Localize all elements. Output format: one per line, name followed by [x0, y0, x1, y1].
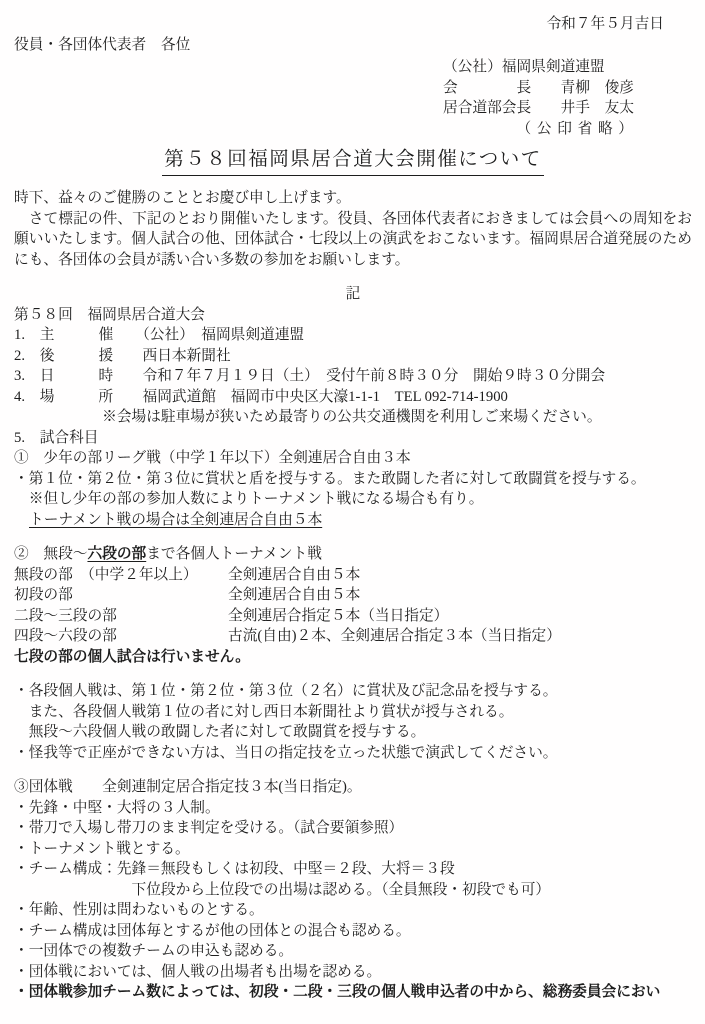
section3-bullet-taito: ・帯刀で入場し帯刀のまま判定を受ける。（試合要領参照）	[14, 818, 692, 839]
recipient-line: 役員・各団体代表者 各位	[14, 35, 692, 56]
seal-omitted-note: （ 公 印 省 略 ）	[443, 119, 634, 140]
section3-bullet-multiple-teams: ・一団体での複数チームの申込も認める。	[14, 941, 692, 962]
table-row: 四段～六段の部 古流(自由)２本、全剣連居合指定３本（当日指定）	[14, 626, 692, 647]
no-dan7-notice: 七段の部の個人試合は行いません。	[14, 647, 692, 668]
section3-bullet-three-members: ・先鋒・中堅・大将の３人制。	[14, 798, 692, 819]
row-label: 四段～六段の部	[14, 626, 228, 647]
sender-iaido-chief: 居合道部会長 井手 友太	[443, 98, 634, 119]
section2-heading: ② 無段～六段の部まで各個人トーナメント戦	[14, 544, 692, 565]
document-title: 第５８回福岡県居合道大会開催について	[162, 147, 544, 176]
outline-items: 1. 主 催 （公社） 福岡県剣道連盟 2. 後 援 西日本新聞社 3. 日 時…	[14, 325, 692, 448]
intro-paragraph: さて標記の件、下記のとおり開催いたします。役員、各団体代表者におきましては会員へ…	[14, 209, 692, 271]
section-3-team: ③団体戦 全剣連制定居合指定技３本(当日指定)。 ・先鋒・中堅・大将の３人制。 …	[14, 777, 692, 1003]
spacer	[14, 667, 692, 681]
dan-division-table: 無段の部 （中学２年以上） 全剣連居合自由５本 初段の部 全剣連居合自由５本 二…	[14, 565, 692, 647]
section2-heading-pre: ② 無段～	[14, 546, 87, 562]
spacer	[14, 530, 692, 544]
section-2-individual: ② 無段～六段の部まで各個人トーナメント戦 無段の部 （中学２年以上） 全剣連居…	[14, 544, 692, 763]
section1-bullet-prizes: ・第１位・第２位・第３位に賞状と盾を授与する。また敢闘した者に対して敢闘賞を授与…	[14, 469, 692, 490]
row-value: 全剣連居合指定５本（当日指定）	[228, 606, 692, 627]
section3-bullet-age-gender: ・年齢、性別は問わないものとする。	[14, 900, 692, 921]
spacer	[14, 763, 692, 777]
event-name: 第５８回 福岡県居合道大会	[14, 305, 692, 326]
item-match-subjects: 5. 試合科目	[14, 428, 692, 449]
item-organizer: 1. 主 催 （公社） 福岡県剣道連盟	[14, 325, 692, 346]
section2-heading-post: まで各個人トーナメント戦	[146, 546, 322, 562]
section3-bullet-individual-entrants: ・団体戦においては、個人戦の出場者も出場を認める。	[14, 962, 692, 983]
item-datetime: 3. 日 時 令和７年７月１９日（土） 受付午前８時３０分 開始９時３０分開会	[14, 366, 692, 387]
section2-bullet-prizes: ・各段個人戦は、第１位・第２位・第３位（２名）に賞状及び記念品を授与する。	[14, 681, 692, 702]
section1-tournament-rule: トーナメント戦の場合は全剣連居合自由５本	[14, 510, 692, 531]
section2-heading-emphasis: 六段の部	[87, 546, 146, 562]
item-venue: 4. 場 所 福岡武道館 福岡市中央区大濠1-1-1 TEL 092-714-1…	[14, 387, 692, 408]
section1-note: ※但し少年の部の参加人数によりトーナメント戦になる場合も有り。	[14, 489, 692, 510]
section3-bullet-team-composition-cont: 下位段から上位段での出場は認める。（全員無段・初段でも可）	[14, 880, 692, 901]
section3-heading: ③団体戦 全剣連制定居合指定技３本(当日指定)。	[14, 777, 692, 798]
section3-bullet-team-composition: ・チーム構成：先鋒＝無段もしくは初段、中堅＝２段、大将＝３段	[14, 859, 692, 880]
section2-bullet-injury: ・怪我等で正座ができない方は、当日の指定技を立った状態で演武してください。	[14, 743, 692, 764]
section2-bullet-fighting-spirit: 無段～六段個人戦の敢闘した者に対して敢闘賞を授与する。	[14, 722, 692, 743]
sender-president: 会 長 青柳 俊彦	[443, 78, 634, 99]
venue-note: ※会場は駐車場が狭いため最寄りの公共交通機関を利用しご来場ください。	[14, 407, 692, 428]
tournament-rule-underlined: トーナメント戦の場合は全剣連居合自由５本	[29, 512, 322, 528]
section3-final-notice: ・団体戦参加チーム数によっては、初段・二段・三段の個人戦申込者の中から、総務委員…	[14, 982, 692, 1003]
sender-block: （公社）福岡県剣道連盟 会 長 青柳 俊彦 居合道部会長 井手 友太 （ 公 印…	[443, 57, 634, 139]
row-value: 古流(自由)２本、全剣連居合指定３本（当日指定）	[228, 626, 692, 647]
row-label: 無段の部 （中学２年以上）	[14, 565, 228, 586]
row-label: 二段～三段の部	[14, 606, 228, 627]
table-row: 初段の部 全剣連居合自由５本	[14, 585, 692, 606]
sender-org: （公社）福岡県剣道連盟	[443, 57, 634, 78]
table-row: 無段の部 （中学２年以上） 全剣連居合自由５本	[14, 565, 692, 586]
item-supporter: 2. 後 援 西日本新聞社	[14, 346, 692, 367]
section2-bullet-newspaper: また、各段個人戦第１位の者に対し西日本新聞社より賞状が授与される。	[14, 702, 692, 723]
table-row: 二段～三段の部 全剣連居合指定５本（当日指定）	[14, 606, 692, 627]
date-line: 令和７年５月吉日	[14, 14, 692, 35]
document-page: 令和７年５月吉日 役員・各団体代表者 各位 （公社）福岡県剣道連盟 会 長 青柳…	[0, 0, 705, 1024]
row-value: 全剣連居合自由５本	[228, 565, 692, 586]
section3-bullet-tournament: ・トーナメント戦とする。	[14, 839, 692, 860]
title-row: 第５８回福岡県居合道大会開催について	[14, 147, 692, 176]
notation-ki: 記	[14, 284, 692, 305]
section3-bullet-mixed-teams: ・チーム構成は団体毎とするが他の団体との混合も認める。	[14, 921, 692, 942]
row-label: 初段の部	[14, 585, 228, 606]
section-1-youth: ① 少年の部リーグ戦（中学１年以下）全剣連居合自由３本 ・第１位・第２位・第３位…	[14, 448, 692, 530]
row-value: 全剣連居合自由５本	[228, 585, 692, 606]
greeting-paragraph: 時下、益々のご健勝のこととお慶び申し上げます。	[14, 188, 692, 209]
section1-heading: ① 少年の部リーグ戦（中学１年以下）全剣連居合自由３本	[14, 448, 692, 469]
